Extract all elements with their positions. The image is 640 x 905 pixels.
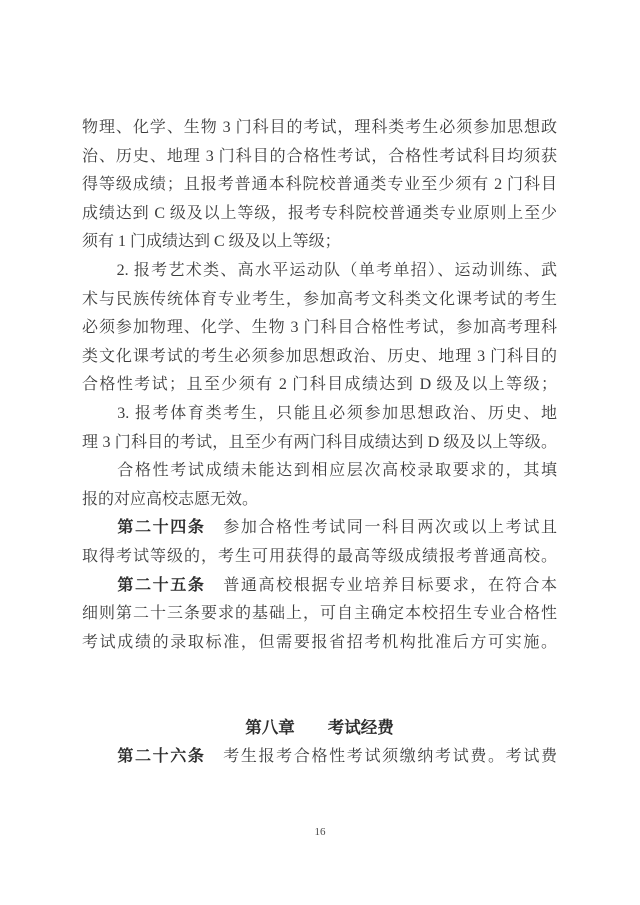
line-text: 成绩达到 C 级及以上等级，报考专科院校普通类专业原则上至少 [82, 205, 557, 222]
text-line: 须有 1 门成绩达到 C 级及以上等级； [82, 228, 557, 257]
text-line: 类文化课考试的考生必须参加思想政治、历史、地理 3 门科目的 [82, 343, 557, 372]
line-text: 报的对应高校志愿无效。 [82, 491, 258, 508]
line-text: 考生报考合格性考试须缴纳考试费。考试费 [206, 748, 557, 765]
line-text: 理 3 门科目的考试，且至少有两门科目成绩达到 D 级及以上等级。 [82, 434, 557, 451]
paragraph: 3. 报考体育类考生，只能且必须参加思想政治、历史、地理 3 门科目的考试，且至… [82, 400, 557, 457]
text-line: 治、历史、地理 3 门科目的合格性考试，合格性考试科目均须获 [82, 143, 557, 172]
text-line: 第八章 考试经费 [82, 714, 557, 743]
paragraph: 物理、化学、生物 3 门科目的考试，理科类考生必须参加思想政治、历史、地理 3 … [82, 114, 557, 257]
text-line: 报的对应高校志愿无效。 [82, 486, 557, 515]
text-line: 考试成绩的录取标准，但需要报省招考机构批准后方可实施。 [82, 629, 557, 658]
text-line: 术与民族传统体育专业考生，参加高考文科类文化课考试的考生 [82, 286, 557, 315]
line-text: 普通高校根据专业培养目标要求，在符合本 [206, 577, 557, 594]
line-text: 治、历史、地理 3 门科目的合格性考试，合格性考试科目均须获 [82, 148, 557, 165]
text-line: 必须参加物理、化学、生物 3 门科目合格性考试，参加高考理科 [82, 314, 557, 343]
article-number: 第二十四条 [117, 519, 205, 536]
article-number: 第二十五条 [117, 577, 205, 594]
paragraph: 2. 报考艺术类、高水平运动队（单考单招）、运动训练、武术与民族传统体育专业考生… [82, 257, 557, 400]
line-text: 细则第二十三条要求的基础上，可自主确定本校招生专业合格性 [82, 605, 557, 622]
line-text: 2. 报考艺术类、高水平运动队（单考单招）、运动训练、武 [82, 262, 557, 279]
line-text: 须有 1 门成绩达到 C 级及以上等级； [82, 233, 341, 250]
line-text: 参加合格性考试同一科目两次或以上考试且 [206, 519, 557, 536]
chapter-heading: 第八章 考试经费 [82, 714, 557, 743]
line-text: 术与民族传统体育专业考生，参加高考文科类文化课考试的考生 [82, 291, 557, 308]
text-line: 合格性考试；且至少须有 2 门科目成绩达到 D 级及以上等级； [82, 371, 557, 400]
text-line: 第二十五条 普通高校根据专业培养目标要求，在符合本 [82, 572, 557, 601]
page-number: 16 [0, 826, 640, 838]
line-text: 3. 报考体育类考生，只能且必须参加思想政治、历史、地 [82, 405, 557, 422]
text-line: 取得考试等级的，考生可用获得的最高等级成绩报考普通高校。 [82, 543, 557, 572]
line-text: 物理、化学、生物 3 门科目的考试，理科类考生必须参加思想政 [82, 119, 557, 136]
line-text: 得等级成绩；且报考普通本科院校普通类专业至少须有 2 门科目 [82, 176, 557, 193]
text-line: 3. 报考体育类考生，只能且必须参加思想政治、历史、地 [82, 400, 557, 429]
line-text: 类文化课考试的考生必须参加思想政治、历史、地理 3 门科目的 [82, 348, 557, 365]
line-text: 考试成绩的录取标准，但需要报省招考机构批准后方可实施。 [82, 634, 557, 651]
text-line: 细则第二十三条要求的基础上，可自主确定本校招生专业合格性 [82, 600, 557, 629]
indent [82, 519, 117, 536]
line-text: 合格性考试成绩未能达到相应层次高校录取要求的，其填 [82, 462, 557, 479]
paragraph: 合格性考试成绩未能达到相应层次高校录取要求的，其填报的对应高校志愿无效。 [82, 457, 557, 514]
paragraph: 第二十五条 普通高校根据专业培养目标要求，在符合本细则第二十三条要求的基础上，可… [82, 572, 557, 658]
line-text: 取得考试等级的，考生可用获得的最高等级成绩报考普通高校。 [82, 548, 557, 565]
line-text: 合格性考试；且至少须有 2 门科目成绩达到 D 级及以上等级； [82, 376, 557, 393]
paragraph: 第二十六条 考生报考合格性考试须缴纳考试费。考试费 [82, 743, 557, 772]
text-line: 物理、化学、生物 3 门科目的考试，理科类考生必须参加思想政 [82, 114, 557, 143]
text-line: 得等级成绩；且报考普通本科院校普通类专业至少须有 2 门科目 [82, 171, 557, 200]
document-body: 物理、化学、生物 3 门科目的考试，理科类考生必须参加思想政治、历史、地理 3 … [82, 114, 557, 771]
text-line: 2. 报考艺术类、高水平运动队（单考单招）、运动训练、武 [82, 257, 557, 286]
text-line: 第二十四条 参加合格性考试同一科目两次或以上考试且 [82, 514, 557, 543]
line-text: 第八章 考试经费 [245, 718, 394, 737]
indent [82, 577, 117, 594]
text-line: 理 3 门科目的考试，且至少有两门科目成绩达到 D 级及以上等级。 [82, 429, 557, 458]
text-line: 成绩达到 C 级及以上等级，报考专科院校普通类专业原则上至少 [82, 200, 557, 229]
line-text: 必须参加物理、化学、生物 3 门科目合格性考试，参加高考理科 [82, 319, 557, 336]
article-number: 第二十六条 [117, 748, 205, 765]
paragraph: 第二十四条 参加合格性考试同一科目两次或以上考试且取得考试等级的，考生可用获得的… [82, 514, 557, 571]
text-line: 第二十六条 考生报考合格性考试须缴纳考试费。考试费 [82, 743, 557, 772]
text-line: 合格性考试成绩未能达到相应层次高校录取要求的，其填 [82, 457, 557, 486]
indent [82, 748, 117, 765]
